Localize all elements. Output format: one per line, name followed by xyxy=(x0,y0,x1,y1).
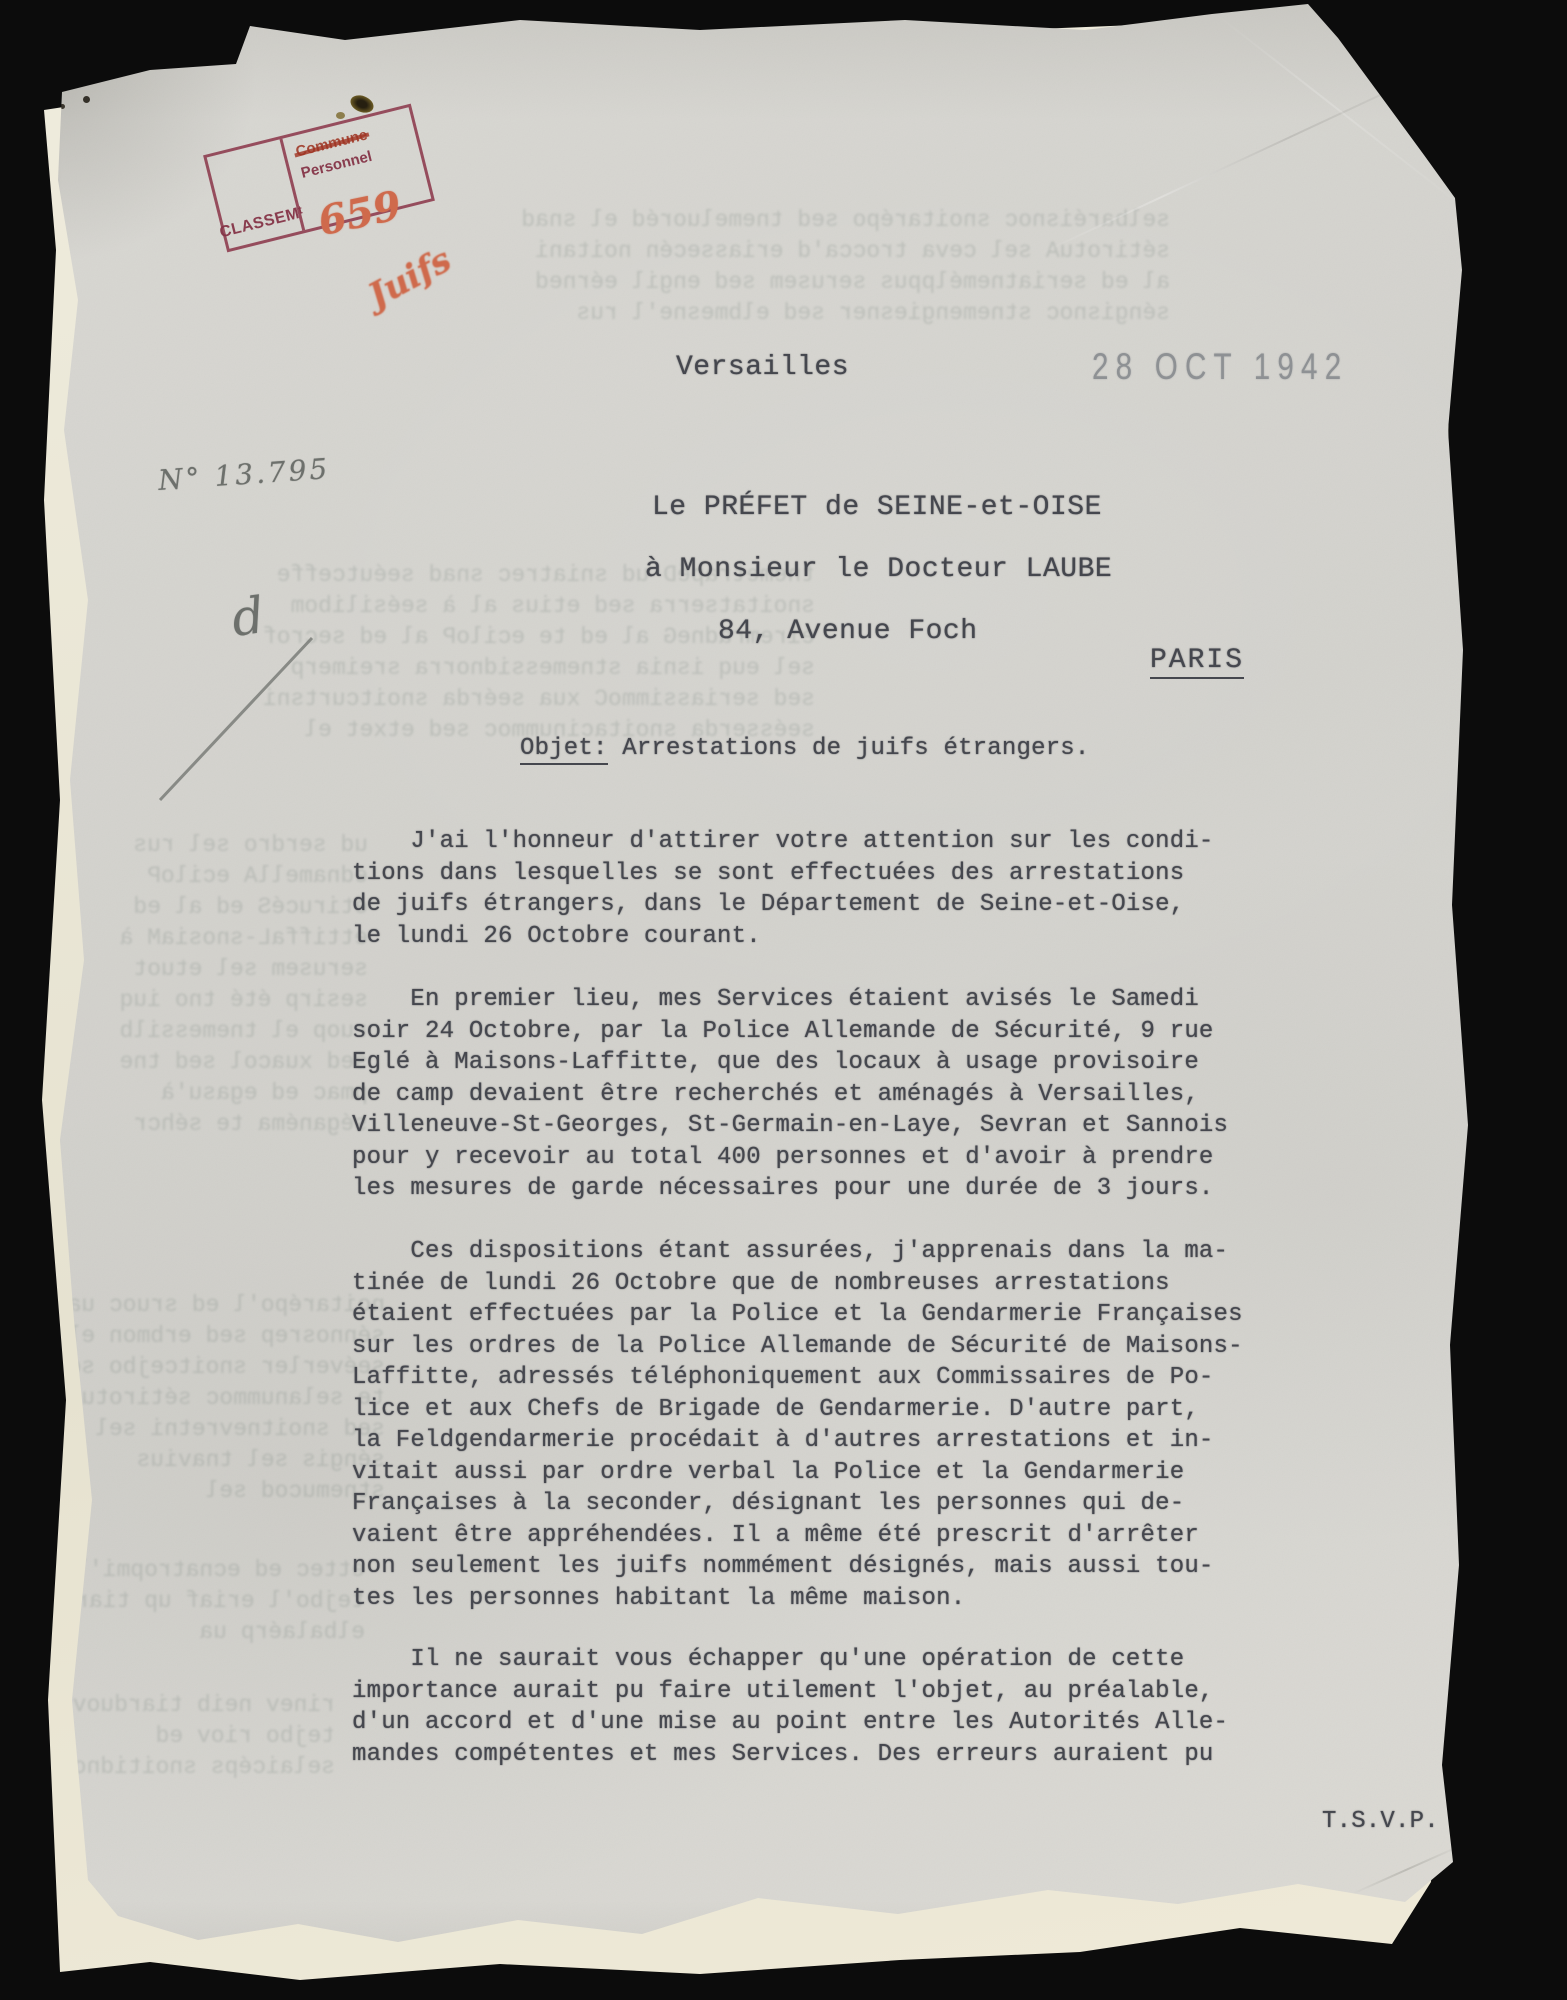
city-line: Versailles xyxy=(676,352,849,383)
addressee-line3: 84, Avenue Foch xyxy=(718,616,978,647)
tsvp-footer: T.S.V.P. xyxy=(1322,1806,1439,1838)
subject-label: Objet: xyxy=(520,735,608,765)
subject-line: Objet: Arrestations de juifs étrangers. xyxy=(520,733,1090,765)
paragraph-2: En premier lieu, mes Services étaient av… xyxy=(352,984,1228,1205)
burn-spot xyxy=(336,112,345,119)
bleed-through-block: noitarépo'l ed sruoc ua sénnosrep sed er… xyxy=(85,1290,385,1507)
paragraph-1: J'ai l'honneur d'attirer votre attention… xyxy=(352,826,1214,952)
bleed-through-block: ud serdro sel rus ednamellA eciloP étiru… xyxy=(88,830,368,1140)
addressee-line1: Le PRÉFET de SEINE-et-OISE xyxy=(652,492,1102,523)
ink-fleck xyxy=(66,58,77,71)
letter-page: selbaréisnoc snoitarépo sed tnemeluoréd … xyxy=(0,0,1567,2000)
paragraph-4: Il ne saurait vous échapper qu'une opéra… xyxy=(352,1644,1228,1770)
subject-text: Arrestations de juifs étrangers. xyxy=(608,735,1090,762)
paragraph-3: Ces dispositions étant assurées, j'appre… xyxy=(352,1236,1243,1614)
addressee-line2: à Monsieur le Docteur LAUBE xyxy=(645,554,1112,585)
addressee-city: PARIS xyxy=(1150,645,1244,679)
bleed-through-block: rinev neib tiarduov tejbo riov ed selaic… xyxy=(85,1690,335,1783)
bleed-through-block: ettec ed ecnatropmi'l tejbo'l eriaf up t… xyxy=(85,1555,365,1648)
bleed-through-block: tnemetrapéD ud sniatrec snad seéutceffe … xyxy=(95,560,815,746)
bleed-through-block: selbaréisnoc snoitarépo sed tnemeluoréd … xyxy=(340,205,1170,329)
scanned-document: selbaréisnoc snoitarépo sed tnemeluoréd … xyxy=(0,0,1567,2000)
ink-fleck xyxy=(83,96,90,103)
date-stamp: 28 OCT 1942 xyxy=(1092,346,1348,388)
